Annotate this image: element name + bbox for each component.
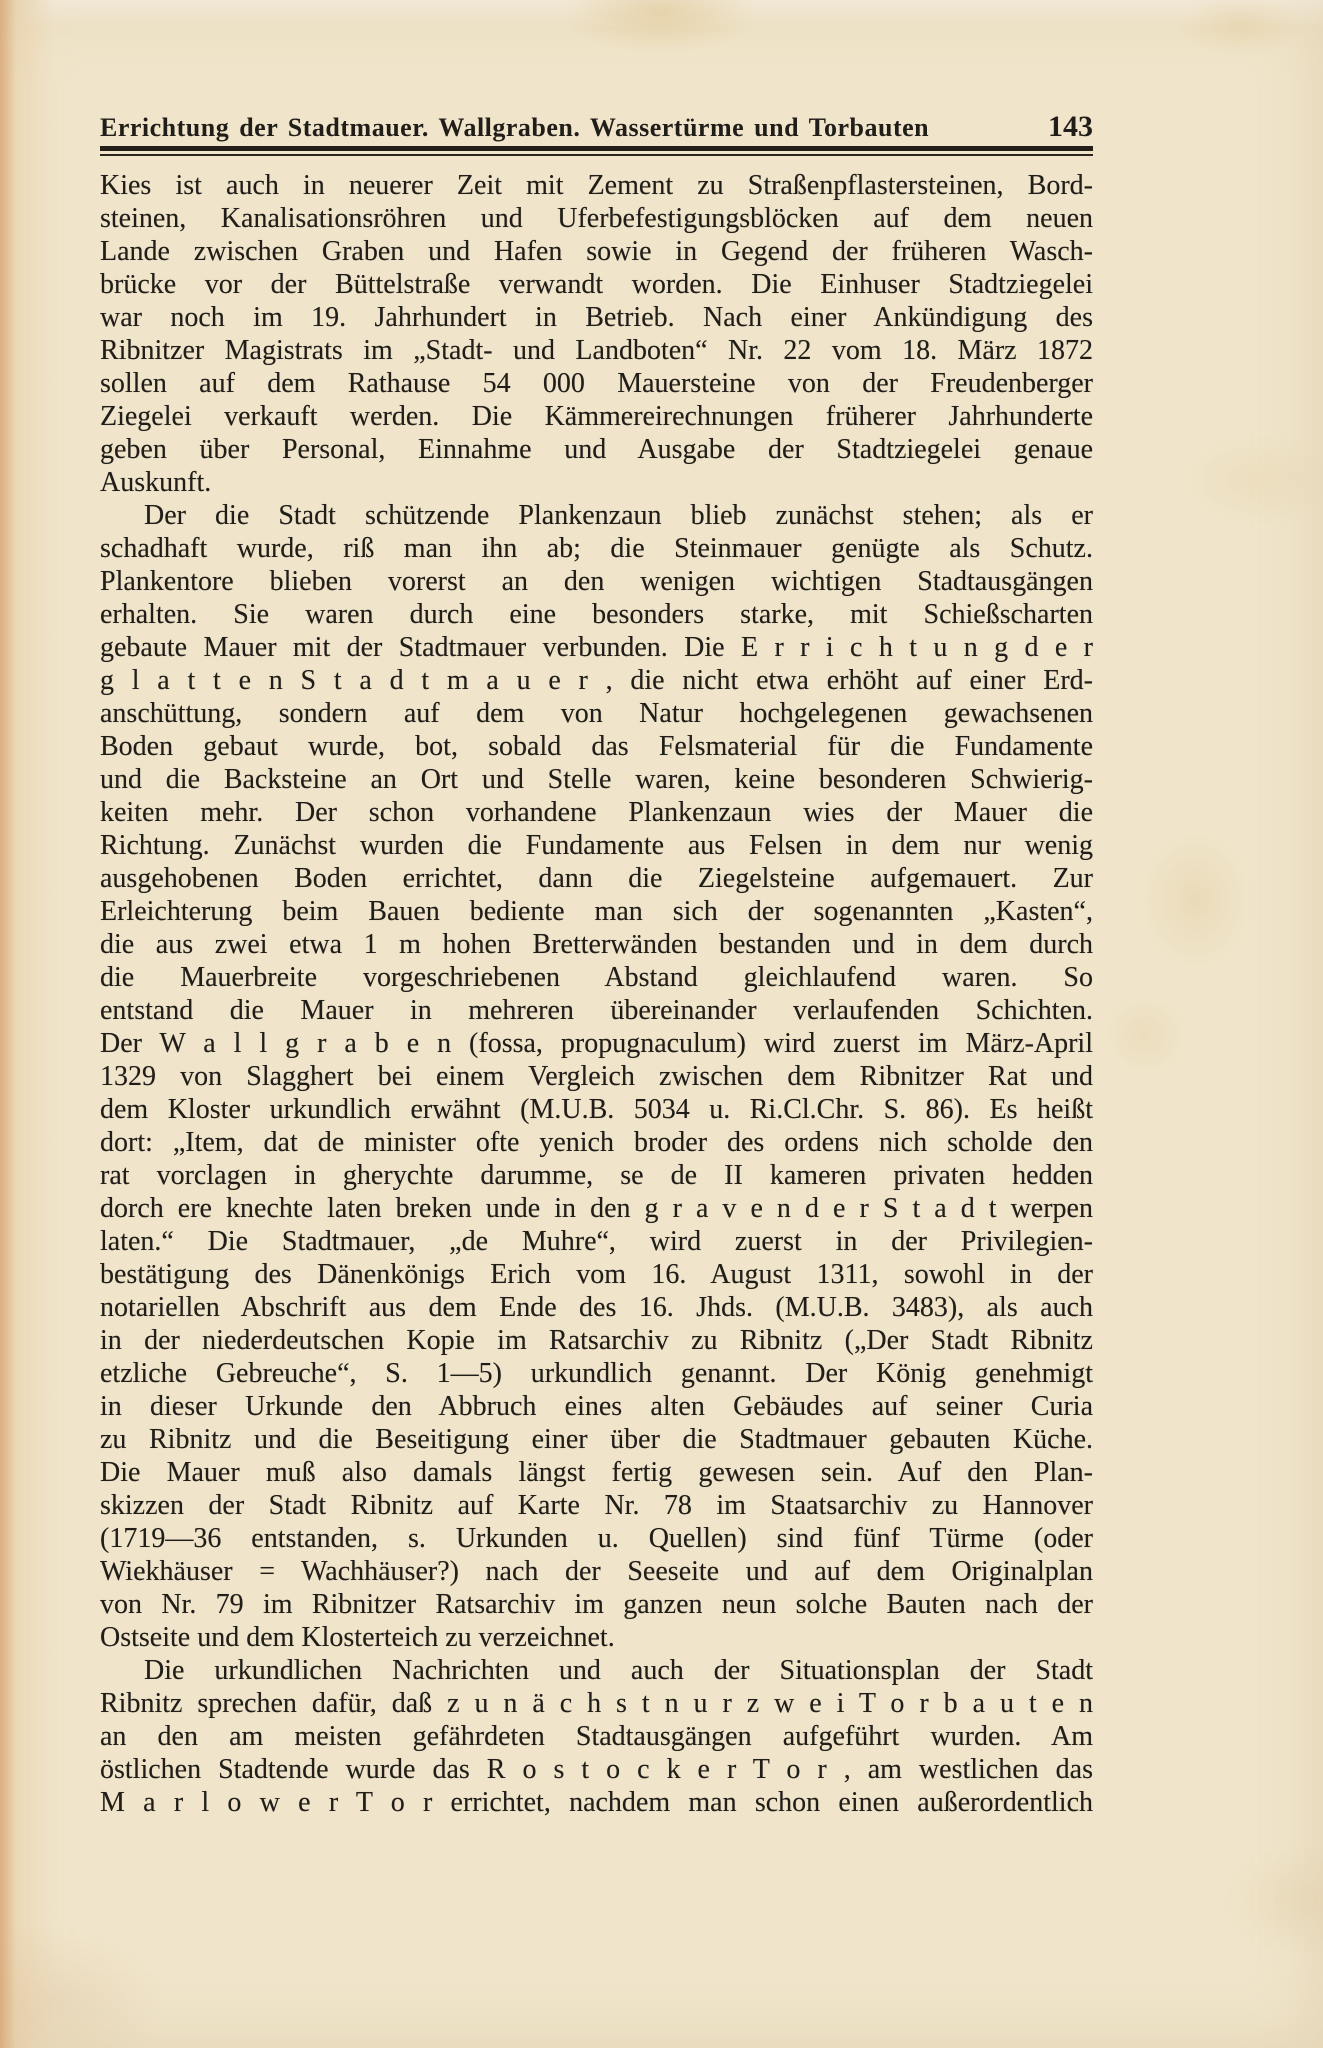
text-line: laten.“ Die Stadtmauer, „de Muhre“, wird… <box>100 1225 1093 1258</box>
text-line: von Nr. 79 im Ribnitzer Ratsarchiv im ga… <box>100 1588 1093 1621</box>
text-line: zu Ribnitz und die Beseitigung einer übe… <box>100 1423 1093 1456</box>
text-line: Erleichterung beim Bauen bediente man si… <box>100 895 1093 928</box>
text-line: skizzen der Stadt Ribnitz auf Karte Nr. … <box>100 1489 1093 1522</box>
text-line: entstand die Mauer in mehreren übereinan… <box>100 994 1093 1027</box>
text-line: Ostseite und dem Klosterteich zu verzeic… <box>100 1621 1093 1654</box>
text-line: Der W a l l g r a b e n (fossa, propugna… <box>100 1027 1093 1060</box>
text-line: Die Mauer muß also damals längst fertig … <box>100 1456 1093 1489</box>
text-line: anschüttung, sondern auf dem von Natur h… <box>100 697 1093 730</box>
text-line: die Mauerbreite vorgeschriebenen Abstand… <box>100 961 1093 994</box>
book-page: Errichtung der Stadtmauer. Wallgraben. W… <box>0 0 1323 2048</box>
text-line: dort: „Item, dat de minister ofte yenich… <box>100 1126 1093 1159</box>
text-line: notariellen Abschrift aus dem Ende des 1… <box>100 1291 1093 1324</box>
text-line: g l a t t e n S t a d t m a u e r , die … <box>100 664 1093 697</box>
text-line: Die urkundlichen Nachrichten und auch de… <box>100 1654 1093 1687</box>
text-line: erhalten. Sie waren durch eine besonders… <box>100 598 1093 631</box>
text-line: Plankentore blieben vorerst an den wenig… <box>100 565 1093 598</box>
text-line: gebaute Mauer mit der Stadtmauer verbund… <box>100 631 1093 664</box>
text-line: war noch im 19. Jahrhundert in Betrieb. … <box>100 301 1093 334</box>
running-header-title: Errichtung der Stadtmauer. Wallgraben. W… <box>100 113 929 143</box>
text-line: Lande zwischen Graben und Hafen sowie in… <box>100 235 1093 268</box>
text-line: Ribnitz sprechen dafür, daß z u n ä c h … <box>100 1687 1093 1720</box>
text-line: schadhaft wurde, riß man ihn ab; die Ste… <box>100 532 1093 565</box>
text-line: dorch ere knechte laten breken unde in d… <box>100 1192 1093 1225</box>
text-line: an den am meisten gefährdeten Stadtausgä… <box>100 1720 1093 1753</box>
text-line: rat vorclagen in gherychte darumme, se d… <box>100 1159 1093 1192</box>
text-line: die aus zwei etwa 1 m hohen Bretterwände… <box>100 928 1093 961</box>
text-line: Ziegelei verkauft werden. Die Kämmereire… <box>100 400 1093 433</box>
text-line: Wiekhäuser = Wachhäuser?) nach der Seese… <box>100 1555 1093 1588</box>
text-line: dem Kloster urkundlich erwähnt (M.U.B. 5… <box>100 1093 1093 1126</box>
text-line: etzliche Gebreuche“, S. 1—5) urkundlich … <box>100 1357 1093 1390</box>
text-line: Kies ist auch in neuerer Zeit mit Zement… <box>100 169 1093 202</box>
text-line: Auskunft. <box>100 466 1093 499</box>
text-line: Der die Stadt schützende Plankenzaun bli… <box>100 499 1093 532</box>
text-line: in der niederdeutschen Kopie im Ratsarch… <box>100 1324 1093 1357</box>
header-rule <box>100 146 1093 156</box>
text-line: in dieser Urkunde den Abbruch eines alte… <box>100 1390 1093 1423</box>
text-line: ausgehobenen Boden errichtet, dann die Z… <box>100 862 1093 895</box>
body-text: Kies ist auch in neuerer Zeit mit Zement… <box>100 169 1093 1819</box>
text-line: Boden gebaut wurde, bot, sobald das Fels… <box>100 730 1093 763</box>
text-line: östlichen Stadtende wurde das R o s t o … <box>100 1753 1093 1786</box>
text-line: brücke vor der Büttelstraße verwandt wor… <box>100 268 1093 301</box>
text-line: Richtung. Zunächst wurden die Fundamente… <box>100 829 1093 862</box>
text-line: bestätigung des Dänenkönigs Erich vom 16… <box>100 1258 1093 1291</box>
text-line: M a r l o w e r T o r errichtet, nachdem… <box>100 1786 1093 1819</box>
running-header: Errichtung der Stadtmauer. Wallgraben. W… <box>100 110 1093 144</box>
text-line: geben über Personal, Einnahme und Ausgab… <box>100 433 1093 466</box>
text-line: steinen, Kanalisationsröhren und Uferbef… <box>100 202 1093 235</box>
text-line: (1719—36 entstanden, s. Urkunden u. Quel… <box>100 1522 1093 1555</box>
text-line: Ribnitzer Magistrats im „Stadt- und Land… <box>100 334 1093 367</box>
page-number: 143 <box>1048 110 1093 144</box>
text-line: 1329 von Slagghert bei einem Vergleich z… <box>100 1060 1093 1093</box>
text-line: und die Backsteine an Ort und Stelle war… <box>100 763 1093 796</box>
text-line: keiten mehr. Der schon vorhandene Planke… <box>100 796 1093 829</box>
text-line: sollen auf dem Rathause 54 000 Mauerstei… <box>100 367 1093 400</box>
